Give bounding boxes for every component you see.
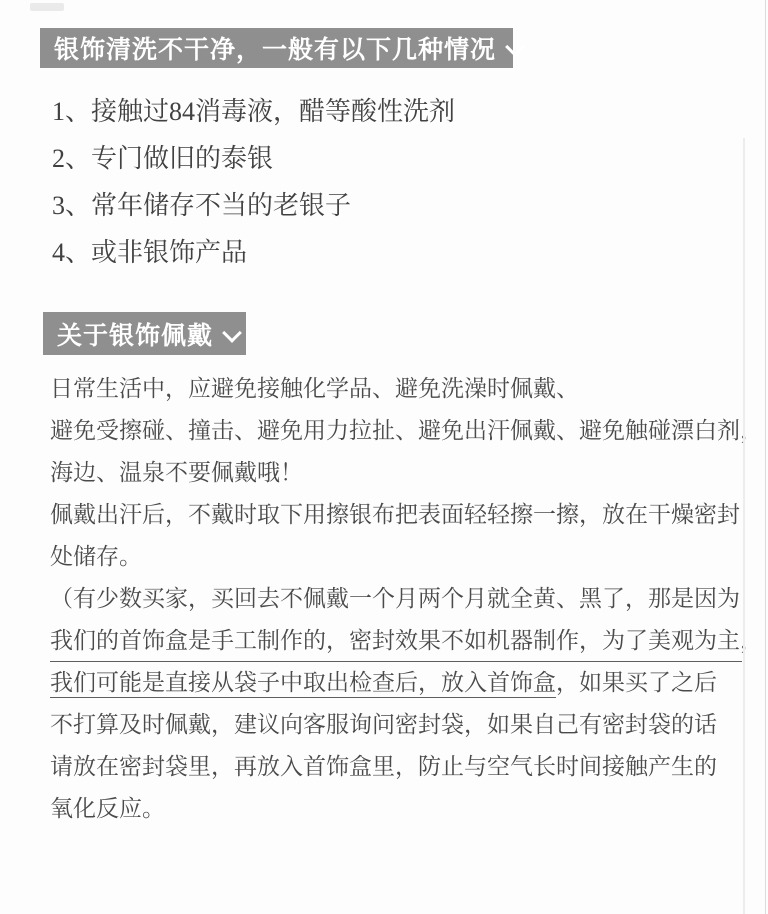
- text-segment: （有少数买家，买回去不佩戴一个月两个月就全黄、黑了，那是因为: [50, 586, 740, 611]
- product-description-page: 银饰清洗不干净，一般有以下几种情况 1、接触过84消毒液，醋等酸性洗剂 2、专门…: [0, 0, 768, 914]
- text-line: 不打算及时佩戴，建议向客服询问密封袋，如果自己有密封袋的话: [50, 704, 742, 746]
- page-right-border: [765, 0, 766, 914]
- scrollbar-track-line: [743, 138, 745, 914]
- cleaning-cases-list: 1、接触过84消毒液，醋等酸性洗剂 2、专门做旧的泰银 3、常年储存不当的老银子…: [52, 88, 455, 276]
- text-segment: 不打算及时佩戴，建议向客服询问密封袋，如果自己有密封袋的话: [50, 712, 717, 737]
- list-item: 4、或非银饰产品: [52, 229, 455, 276]
- text-segment: 请放在密封袋里，再放入首饰盒里，防止与空气长时间接触产生的: [50, 754, 717, 779]
- text-segment: 氧化反应。: [50, 796, 165, 821]
- text-segment-underlined: 我们可能是直接从袋子中取出检查后，放入首饰盒: [50, 670, 556, 695]
- section-header-wearing-label: 关于银饰佩戴: [57, 316, 213, 352]
- text-line: （有少数买家，买回去不佩戴一个月两个月就全黄、黑了，那是因为: [50, 578, 742, 620]
- top-edge-artifact: [30, 3, 64, 11]
- chevron-down-icon: [222, 323, 242, 343]
- text-segment: 我们的首饰盒是手工制作的，密封效果不如机器制作，为了美观为主，: [50, 628, 763, 653]
- section-header-wearing[interactable]: 关于银饰佩戴: [43, 312, 246, 355]
- text-segment: 处储存。: [50, 544, 142, 569]
- text-segment: 日常生活中，应避免接触化学品、避免洗澡时佩戴、: [50, 376, 579, 401]
- text-line: 避免受擦碰、撞击、避免用力拉扯、避免出汗佩戴、避免触碰漂白剂，: [50, 410, 742, 452]
- text-line: 处储存。: [50, 536, 742, 578]
- text-line: 请放在密封袋里，再放入首饰盒里，防止与空气长时间接触产生的: [50, 746, 742, 788]
- text-line: 佩戴出汗后，不戴时取下用擦银布把表面轻轻擦一擦，放在干燥密封: [50, 494, 742, 536]
- section-header-cleaning-label: 银饰清洗不干净，一般有以下几种情况: [54, 30, 496, 66]
- text-segment: ，如果买了之后: [556, 670, 717, 695]
- list-item: 3、常年储存不当的老银子: [52, 182, 455, 229]
- text-line: 海边、温泉不要佩戴哦！: [50, 452, 742, 494]
- text-line: 日常生活中，应避免接触化学品、避免洗澡时佩戴、: [50, 368, 742, 410]
- text-line: 氧化反应。: [50, 788, 742, 830]
- text-segment: 海边、温泉不要佩戴哦！: [50, 460, 303, 485]
- text-line-partially-underlined: 我们可能是直接从袋子中取出检查后，放入首饰盒，如果买了之后: [50, 662, 742, 704]
- text-segment: 佩戴出汗后，不戴时取下用擦银布把表面轻轻擦一擦，放在干燥密封: [50, 502, 740, 527]
- section-header-cleaning[interactable]: 银饰清洗不干净，一般有以下几种情况: [40, 28, 513, 68]
- list-item: 1、接触过84消毒液，醋等酸性洗剂: [52, 88, 455, 135]
- text-line-underlined: 我们的首饰盒是手工制作的，密封效果不如机器制作，为了美观为主，: [50, 620, 742, 662]
- chevron-down-icon: [505, 37, 525, 57]
- wearing-guidelines-text: 日常生活中，应避免接触化学品、避免洗澡时佩戴、 避免受擦碰、撞击、避免用力拉扯、…: [50, 368, 742, 830]
- text-segment: 避免受擦碰、撞击、避免用力拉扯、避免出汗佩戴、避免触碰漂白剂，: [50, 418, 763, 443]
- list-item: 2、专门做旧的泰银: [52, 135, 455, 182]
